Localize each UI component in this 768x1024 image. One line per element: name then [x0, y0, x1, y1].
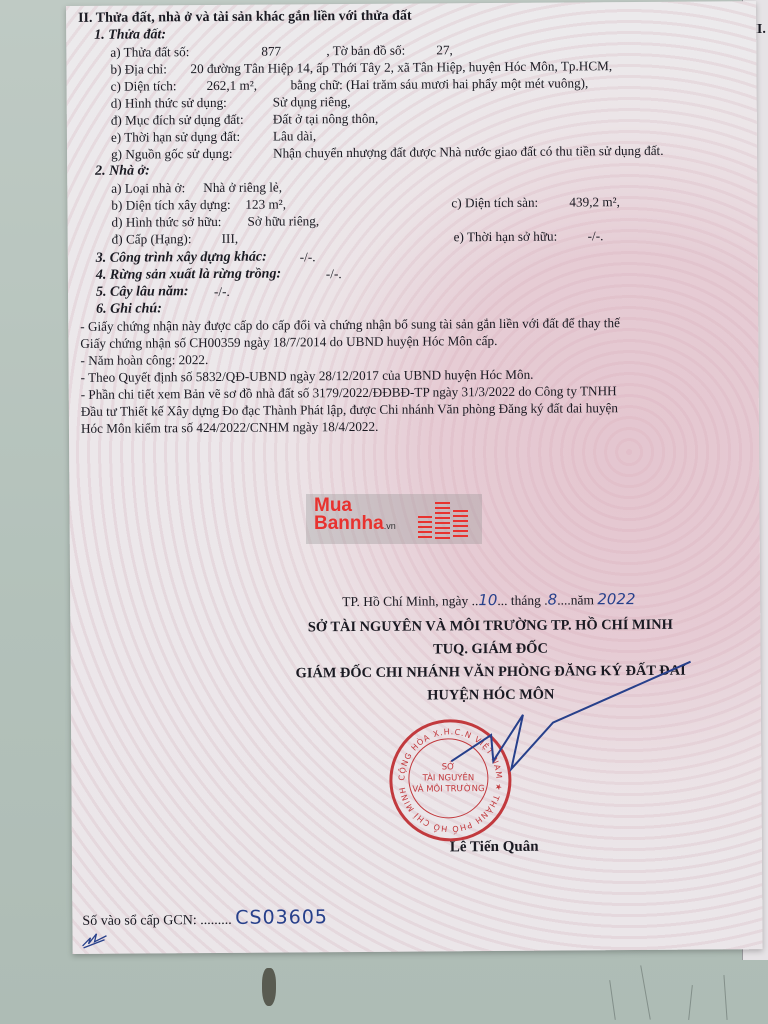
grade-value: III, — [222, 230, 239, 247]
forest-value: -/-. — [326, 265, 342, 282]
watermark-suffix: .vn — [384, 521, 396, 531]
area-value: 262,1 m², — [206, 77, 257, 94]
origin-value: Nhận chuyển nhượng đất được Nhà nước gia… — [273, 142, 664, 162]
ownership-value: Sở hữu riêng, — [247, 212, 319, 229]
parcel-value: 877 — [261, 42, 281, 59]
certificate-page: II. Thửa đất, nhà ở và tài sản khác gắn … — [66, 1, 763, 954]
parcel-label: a) Thửa đất số: — [110, 43, 189, 61]
gcn-number: CS03605 — [235, 906, 328, 929]
term-label: e) Thời hạn sử dụng đất: — [111, 128, 240, 146]
date-day: 10 — [478, 591, 497, 609]
area-words: bằng chữ: (Hai trăm sáu mươi hai phẩy mộ… — [290, 74, 588, 93]
mua-ban-nha-watermark: Mua Bannha.vn — [306, 494, 482, 544]
grade-label: đ) Cấp (Hạng): — [112, 230, 192, 248]
use-form-label: d) Hình thức sử dụng: — [111, 94, 227, 112]
house-type-value: Nhà ở riêng lẻ, — [203, 178, 282, 196]
floor-area-label: c) Diện tích sàn: — [451, 194, 538, 212]
own-term-value: -/-. — [588, 227, 604, 244]
watermark-line2: Bannha — [314, 513, 384, 534]
origin-label: g) Nguồn gốc sử dụng: — [111, 145, 233, 163]
date-month: 8 — [548, 591, 558, 609]
date-line: TP. Hồ Chí Minh, ngày ..10... tháng .8..… — [342, 590, 635, 610]
perennial-label: 5. Cây lâu năm: — [96, 283, 189, 301]
map-sheet-value: 27, — [436, 41, 453, 58]
other-construction-label: 3. Công trình xây dựng khác: — [96, 249, 267, 267]
date-year: 2022 — [597, 590, 635, 608]
house-type-label: a) Loại nhà ở: — [111, 179, 185, 197]
date-prefix: TP. Hồ Chí Minh, ngày — [342, 593, 468, 609]
signer-name: Lê Tiến Quân — [450, 839, 539, 857]
map-sheet-label: , Tờ bản đồ số: — [326, 42, 405, 60]
ownership-label: d) Hình thức sở hữu: — [111, 213, 221, 231]
term-value: Lâu dài, — [273, 127, 316, 144]
purpose-value: Đất ở tại nông thôn, — [273, 110, 379, 128]
forest-label: 4. Rừng sản xuất là rừng trồng: — [96, 266, 281, 284]
watermark-logo-text: Mua Bannha.vn — [314, 497, 396, 535]
date-month-label: tháng — [511, 593, 541, 608]
floor-area-value: 439,2 m², — [569, 193, 620, 210]
use-form-value: Sử dụng riêng, — [273, 93, 351, 111]
other-construction-value: -/-. — [300, 248, 316, 265]
gcn-label: Số vào sổ cấp GCN: — [82, 913, 196, 929]
wall-stain — [262, 968, 276, 1006]
build-area-value: 123 m², — [245, 195, 286, 212]
note-line: Hóc Môn kiểm tra số 424/2022/CNHM ngày 1… — [81, 415, 751, 437]
handwritten-signature — [430, 641, 751, 793]
address-label: b) Địa chỉ: — [110, 60, 167, 77]
own-term-label: e) Thời hạn sở hữu: — [454, 228, 558, 246]
certificate-content: II. Thửa đất, nhà ở và tài sản khác gắn … — [78, 5, 751, 437]
grade-row: đ) Cấp (Hạng): III, e) Thời hạn sở hữu: … — [80, 226, 750, 248]
build-area-label: b) Diện tích xây dựng: — [111, 196, 230, 214]
perennial-value: -/-. — [214, 283, 230, 300]
buildings-icon — [418, 500, 470, 540]
initials-mark — [80, 928, 110, 950]
gcn-registry-line: Số vào sổ cấp GCN: ......... CS03605 — [82, 906, 328, 930]
area-label: c) Diện tích: — [111, 77, 177, 94]
date-year-label: năm — [571, 592, 594, 607]
purpose-label: đ) Mục đích sử dụng đất: — [111, 111, 244, 129]
authority-line: SỞ TÀI NGUYÊN VÀ MÔI TRƯỜNG TP. HỒ CHÍ M… — [240, 613, 740, 639]
